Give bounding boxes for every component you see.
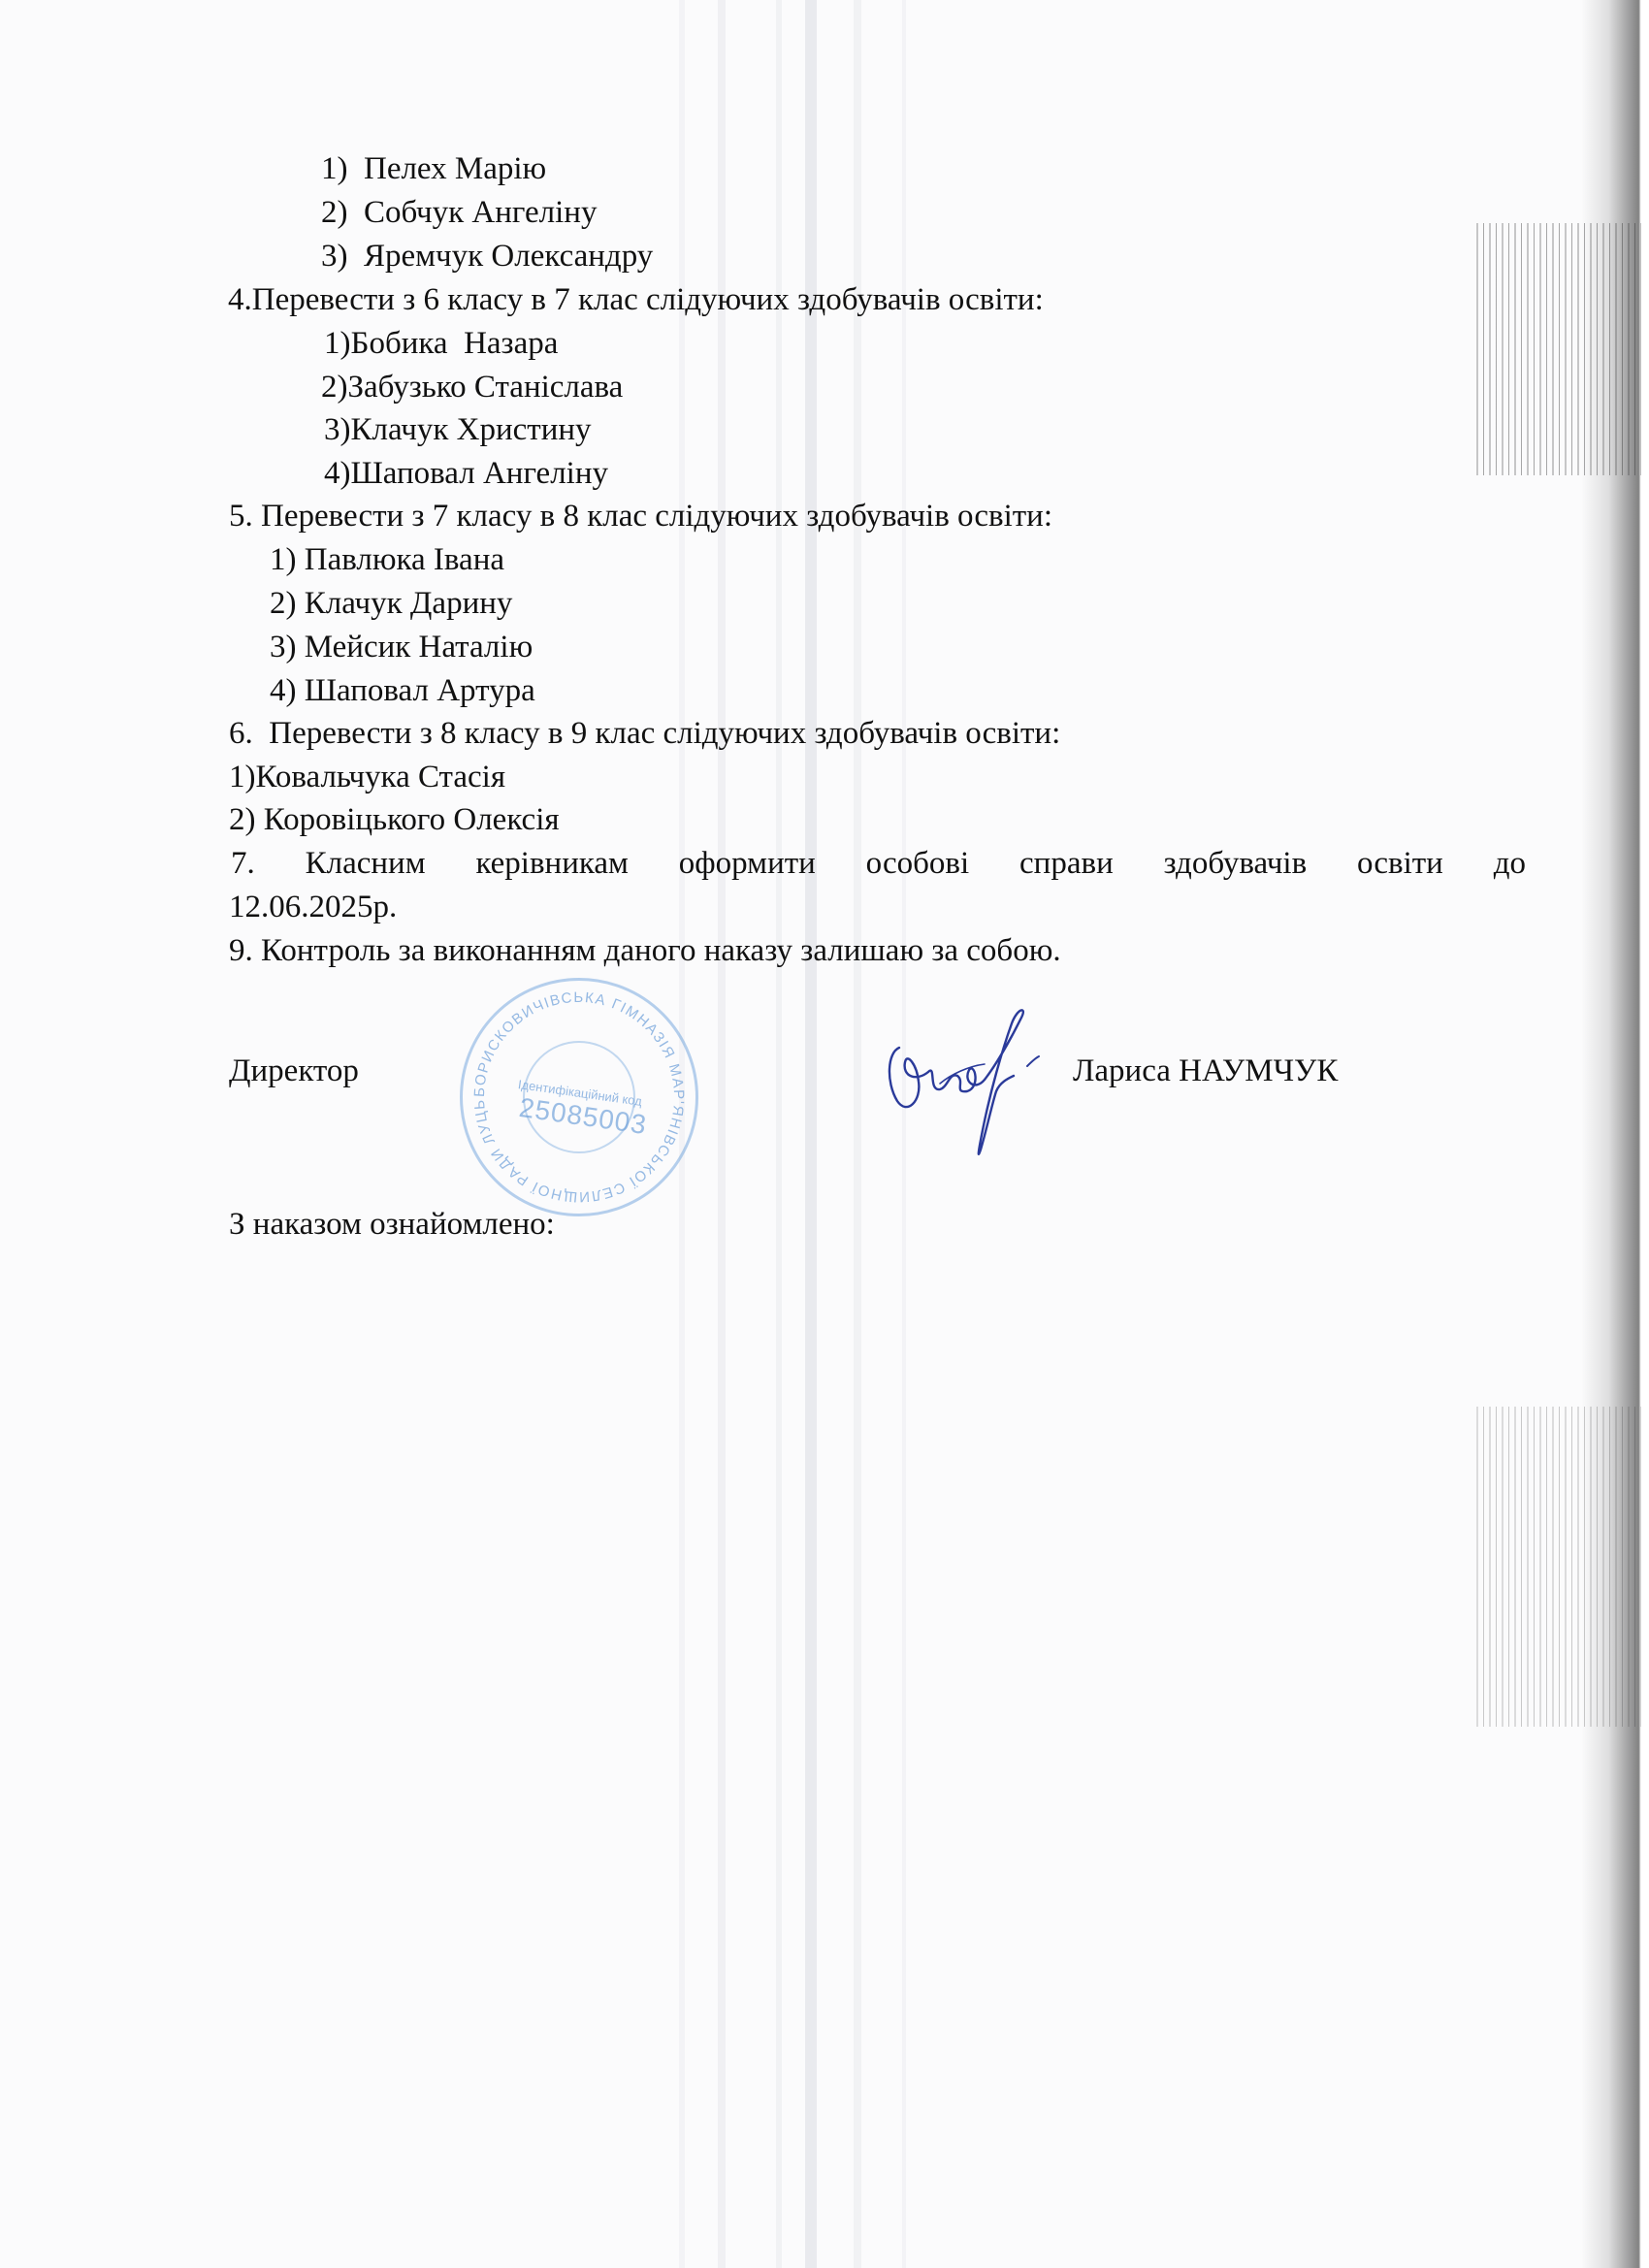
list-item: 1) Павлюка Івана [270, 538, 504, 582]
list-item: 2)Забузько Станіслава [321, 366, 623, 409]
scan-edge-noise [1476, 1407, 1641, 1727]
list-item: 2) Коровіцького Олексія [229, 798, 560, 842]
item9-text: 9. Контроль за виконанням даного наказу … [229, 929, 1061, 973]
list-item: 2) Клачук Дарину [270, 582, 512, 626]
official-stamp: БОРИСКОВИЧІВСЬКА ГІМНАЗІЯ МАР'ЯНІВСЬКОЇ … [460, 978, 698, 1216]
list-item: 1)Ковальчука Стасія [229, 756, 505, 799]
signature-position: Директор [229, 1050, 359, 1093]
list-item: 3) Яремчук Олександру [321, 235, 653, 278]
handwritten-signature-icon [868, 994, 1062, 1169]
item4-heading: 4.Перевести з 6 класу в 7 клас слідуючих… [228, 278, 1044, 322]
list-item: 3) Мейсик Наталію [270, 626, 533, 669]
list-item: 2) Собчук Ангеліну [321, 191, 597, 235]
item5-heading: 5. Перевести з 7 класу в 8 клас слідуючи… [229, 495, 1052, 538]
signature-name: Лариса НАУМЧУК [1073, 1050, 1338, 1093]
list-item: 1) Пелех Марію [321, 147, 546, 191]
scan-edge-noise [1476, 223, 1641, 475]
item7-text-line1: 7. Класним керівникам оформити особові с… [231, 842, 1526, 886]
item7-text-line2: 12.06.2025р. [229, 886, 397, 929]
list-item: 4)Шаповал Ангеліну [324, 452, 608, 496]
scan-edge-shadow [1581, 0, 1649, 2268]
list-item: 4) Шаповал Артура [270, 669, 535, 713]
item6-heading: 6. Перевести з 8 класу в 9 клас слідуючи… [229, 712, 1060, 756]
list-item: 3)Клачук Христину [324, 408, 592, 452]
scan-streak-artifacts [0, 0, 1649, 2268]
list-item: 1)Бобика Назара [324, 322, 558, 366]
